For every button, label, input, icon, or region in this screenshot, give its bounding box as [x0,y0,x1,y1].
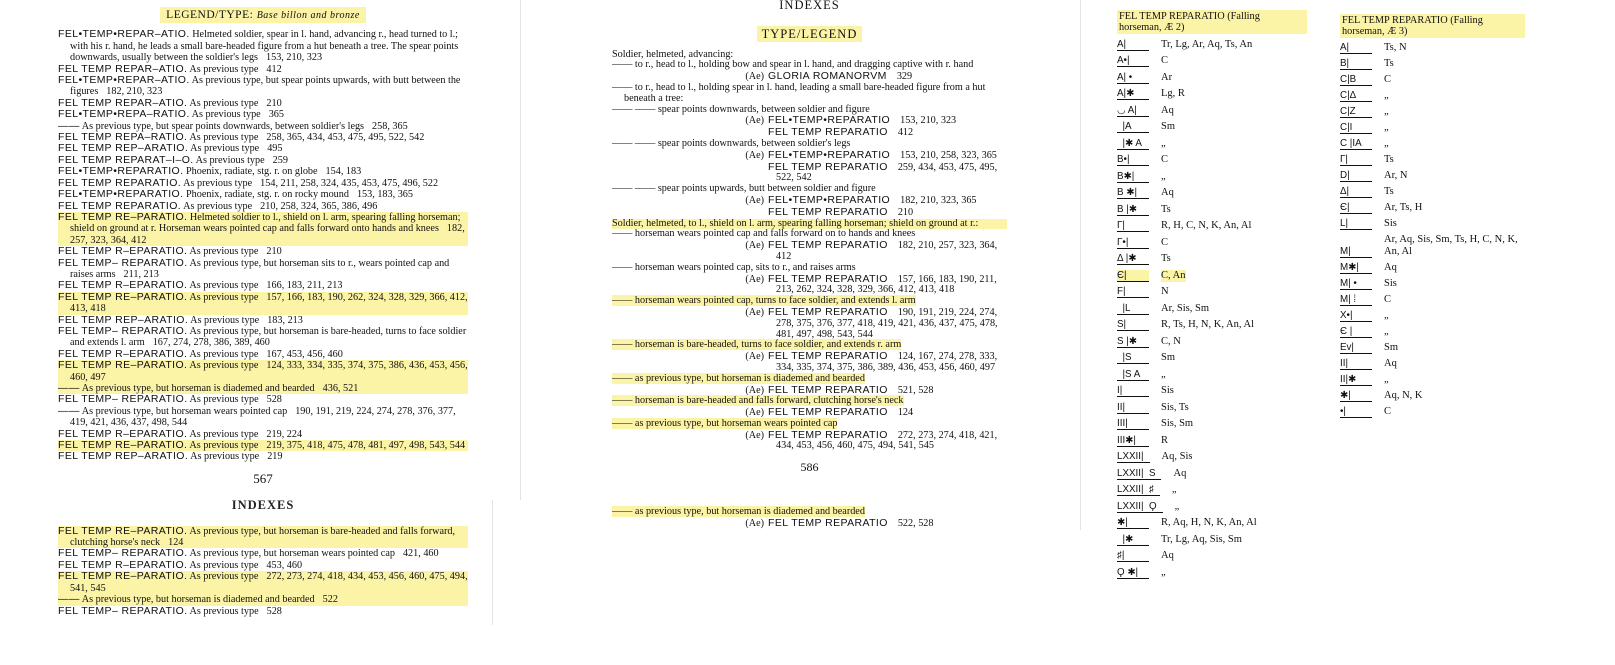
mint-mark-symbol: D| [1340,170,1372,182]
mint-list: Ts [1161,204,1171,216]
legend-text: FEL TEMP REPARAT–I–O. [58,154,194,166]
mint-list: Aq, Sis [1162,451,1193,463]
mint-list: „ [1384,90,1389,102]
reference-numbers: 453, 460 [266,560,302,571]
mint-mark-row: B•|C [1117,154,1307,166]
reference-numbers: 153, 210, 258, 323, 365 [900,150,997,161]
reference-numbers: 421, 460 [403,548,439,559]
index-entry: FEL TEMP RE–PARATIO. Helmeted soldier to… [58,212,468,246]
index-entry: FEL TEMP RE–PARATIO. As previous type124… [58,360,468,383]
mint-mark-symbol: ✱| [1117,517,1149,529]
reference-numbers: 167, 453, 456, 460 [266,349,342,360]
legend-text: FEL•TEMP•REPARATIO. [58,188,183,200]
metal-label: (Ae) [738,196,764,207]
legend-text: FEL•TEMP•REPARATIO [768,194,890,206]
legend-text: FEL TEMP REPAR–ATIO. [58,97,187,109]
legend-text: FEL TEMP– REPARATIO. [58,393,188,405]
reference-numbers: 365 [269,109,284,120]
index-entry: —— As previous type, but horseman wears … [58,406,468,429]
mint-mark-row: Γ•|C [1117,237,1307,249]
type-description: As previous type, but spear points downw… [82,121,364,132]
mint-mark-row: A|Ts, N [1340,42,1525,54]
legend-text: FEL TEMP REPARATIO [768,239,888,251]
mint-list: Aq [1161,105,1174,117]
mint-mark-symbol: A•| [1117,55,1149,67]
legend-text: FEL•TEMP•REPA–RATIO. [58,108,190,120]
highlighted-text: —— horseman wears pointed cap, turns to … [612,295,916,306]
mint-mark-row: M| •Sis [1340,278,1525,290]
legend-text: FEL TEMP REPA–RATIO. [58,131,187,143]
reference-numbers: 219 [267,451,282,462]
mint-mark-row: Є |„ [1340,326,1525,338]
index-entry: FEL TEMP RE–PARATIO. As previous type272… [58,571,468,594]
legend-text: FEL TEMP REPARATIO [768,126,888,138]
index-entry: FEL TEMP– REPARATIO. As previous type528 [58,394,468,405]
mint-list: „ [1161,369,1166,381]
reference-numbers: 211, 213 [124,269,159,280]
legend-text: FEL TEMP REP–ARATIO. [58,314,188,326]
mint-list: „ [1161,171,1166,183]
reference-numbers: 272, 273, 274, 418, 421, [898,430,997,441]
mint-mark-row: C|BC [1340,74,1525,86]
mint-mark-row: LXXII| ♯„ [1117,484,1307,496]
mint-mark-symbol: LXXII| ♯ [1117,484,1160,496]
legend-text: FEL TEMP REPARATIO [768,273,888,285]
mint-list: Aq, N, K [1384,390,1423,402]
mint-mark-row: B |✱Ts [1117,204,1307,216]
reference-numbers: 182, 210, 323 [106,86,162,97]
type-description: As previous type [190,606,259,617]
index-entry: FEL TEMP– REPARATIO. As previous type, b… [58,326,468,349]
index-entry: FEL TEMP RE–PARATIO. As previous type, b… [58,526,468,549]
legend-line: (Ae)FEL TEMP REPARATIO522, 528 [612,518,1007,530]
mint-mark-symbol: B| [1340,58,1372,70]
highlighted-text: —— horseman is bare-headed and falls for… [612,395,904,406]
type-description: As previous type [189,292,258,303]
entry-list: FEL•TEMP•REPAR–ATIO. Helmeted soldier, s… [58,29,468,462]
mint-mark-symbol: |✱ A [1117,138,1149,150]
mint-list: C [1384,294,1391,306]
type-description: As previous type [189,429,258,440]
type-description: As previous type [189,98,258,109]
mint-list: Sis [1384,278,1397,290]
mint-mark-row: Є|Ar, Ts, H [1340,202,1525,214]
mint-mark-row: M✱|Aq [1340,262,1525,274]
reference-numbers: 210 [266,246,281,257]
mint-mark-row: S |✱C, N [1117,336,1307,348]
mint-mark-row: M| ⁞C [1340,294,1525,306]
type-description: As previous type, but horseman wears poi… [190,548,395,559]
mint-mark-symbol: M| [1340,246,1372,258]
mint-mark-symbol: X•| [1340,310,1372,322]
legend-text: FEL TEMP REPARATIO [768,350,888,362]
type-description: —— to r., head to l., holding spear in l… [612,83,1007,105]
mint-list: Sm [1161,352,1175,364]
type-description: As previous type [189,64,258,75]
mint-mark-row: B|Ts [1340,58,1525,70]
metal-label: (Ae) [738,275,764,286]
index-entry: FEL•TEMP•REPA–RATIO. As previous type365 [58,109,468,120]
mint-mark-row: ♯|Aq [1117,550,1307,562]
mint-mark-row: Δ|Ts [1340,186,1525,198]
mint-mark-table-ae3: FEL TEMP REPARATIO (Falling horseman, Æ … [1340,14,1525,418]
reference-numbers: 522 [323,594,338,605]
legend-text: FEL•TEMP•REPARATIO [768,114,890,126]
entry-list-continued: FEL TEMP RE–PARATIO. As previous type, b… [58,526,468,617]
mint-mark-row: LXXII| SAq [1117,468,1307,480]
reference-numbers: 210, 258, 324, 365, 386, 496 [260,201,377,212]
mint-mark-symbol: LXXII| [1117,451,1150,463]
reference-numbers: 153, 210, 323 [900,115,956,126]
reference-numbers: 219, 375, 418, 475, 478, 481, 497, 498, … [266,440,465,451]
mint-list: „ [1384,374,1389,386]
type-description: As previous type [190,451,259,462]
mint-mark-row: ✱|Aq, N, K [1340,390,1525,402]
metal-label: (Ae) [738,519,764,530]
mint-mark-row: |✱Tr, Lg, Aq, Sis, Sm [1117,534,1307,546]
mint-mark-row: II|Sis, Ts [1117,402,1307,414]
reference-numbers: 124, 167, 274, 278, 333, [898,351,997,362]
legend-text: —— [58,382,80,394]
reference-numbers: 124 [898,407,913,418]
mint-list: Ts [1384,154,1394,166]
mint-mark-symbol: Γ•| [1117,237,1149,249]
type-description: As previous type [183,178,252,189]
legend-text: FEL•TEMP•REPARATIO [768,149,890,161]
type-description: Phoenix, radiate, stg. r. on rocky mound [186,189,349,200]
mint-mark-row: |S A„ [1117,369,1307,381]
reference-numbers: 210 [898,207,913,218]
mint-list: Lg, R [1161,88,1185,100]
reference-numbers: 412 [266,64,281,75]
mint-mark-symbol: Δ |✱ [1117,253,1149,265]
mint-list: Ts [1384,58,1394,70]
mint-mark-row: Ϙ ✱|„ [1117,567,1307,579]
type-description: As previous type, but horseman is diadem… [82,383,315,394]
type-description: As previous type [189,132,258,143]
mint-mark-symbol: A| [1340,42,1372,54]
mint-mark-symbol: ◡ A| [1117,105,1149,117]
page-number: 567 [58,473,468,484]
reference-numbers: 329 [897,71,912,82]
mint-mark-symbol: A| [1117,39,1149,51]
mint-list: Sis, Ts [1161,402,1189,414]
mint-mark-row: A•|C [1117,55,1307,67]
type-description: As previous type [189,440,258,451]
legend-type-index-page: LEGEND/TYPE: Base billon and bronze FEL•… [58,10,468,617]
mint-mark-row: A| •Ar [1117,72,1307,84]
page-divider [492,500,493,625]
mint-mark-symbol: F| [1117,286,1149,298]
reference-numbers: 495 [267,143,282,154]
mint-list: Sm [1384,342,1398,354]
legend-text: FEL TEMP RE–PARATIO. [58,525,187,537]
mint-mark-row: |SSm [1117,352,1307,364]
mint-mark-symbol: ♯| [1117,550,1149,562]
mint-mark-row: Γ|Ts [1340,154,1525,166]
legend-text: FEL TEMP REPARATIO. [58,177,181,189]
mint-mark-row: C|Z„ [1340,106,1525,118]
legend-text: FEL TEMP REPARATIO [768,206,888,218]
legend-text: —— [58,593,80,605]
legend-text: FEL TEMP REPARATIO [768,429,888,441]
legend-text: FEL TEMP REPARATIO [768,161,888,173]
mint-list: R, H, C, N, K, An, Al [1161,220,1251,232]
mint-list: Ts [1384,186,1394,198]
mint-list: Ar [1161,72,1172,84]
mint-list: Ar, N [1384,170,1408,182]
mint-mark-symbol: Є | [1340,326,1372,338]
mint-mark-symbol: B |✱ [1117,204,1149,216]
mint-mark-row: B✱|„ [1117,171,1307,183]
mint-mark-symbol: Є| [1340,202,1372,214]
mint-mark-symbol: |L [1117,303,1149,315]
type-description: As previous type [189,246,258,257]
legend-text: FEL TEMP RE–PARATIO. [58,211,187,223]
reference-numbers: 259 [273,155,288,166]
legend-text: FEL TEMP R–EPARATIO. [58,348,187,360]
index-entry: FEL•TEMP•REPAR–ATIO. As previous type, b… [58,75,468,98]
legend-text: FEL TEMP REPARATIO [768,517,888,529]
mint-mark-row: Є|C, An [1117,270,1307,282]
mint-mark-row: LXXII| Ϙ„ [1117,501,1307,513]
legend-text: —— [58,120,80,132]
legend-text: FEL•TEMP•REPAR–ATIO. [58,74,190,86]
table-heading: FEL TEMP REPARATIO (Falling horseman, Æ … [1117,10,1307,34]
reference-numbers: 258, 365, 434, 453, 475, 495, 522, 542 [266,132,424,143]
metal-label: (Ae) [738,116,764,127]
mint-mark-row: ✱|R, Aq, H, N, K, An, Al [1117,517,1307,529]
mint-mark-row: L|Sis [1340,218,1525,230]
mint-mark-symbol: M| ⁞ [1340,294,1372,306]
mint-mark-row: III|Sis, Sm [1117,418,1307,430]
page-divider [1080,0,1081,530]
mint-list: R, Aq, H, N, K, An, Al [1161,517,1257,529]
reference-numbers: 436, 521 [323,383,359,394]
legend-text: FEL TEMP REPARATIO [768,406,888,418]
mint-list: „ [1384,122,1389,134]
mint-list: C [1161,237,1168,249]
metal-label: (Ae) [738,431,764,442]
reference-numbers-continued: 434, 453, 456, 460, 475, 494, 541, 545 [612,441,1007,452]
mint-list: Sis, Sm [1161,418,1193,430]
mint-mark-symbol: Є| [1117,270,1149,282]
reference-numbers: 182, 210, 257, 323, 364, [898,240,997,251]
mint-list: C [1161,55,1168,67]
mint-mark-row: D|Ar, N [1340,170,1525,182]
reference-numbers: 167, 274, 278, 386, 389, 460 [153,337,270,348]
legend-text: —— [58,405,80,417]
legend-text: FEL TEMP RE–PARATIO. [58,359,187,371]
legend-text: FEL TEMP REPARATIO [768,384,888,396]
mint-mark-row: |✱ A„ [1117,138,1307,150]
legend-text: FEL TEMP REPAR–ATIO. [58,63,187,75]
mint-mark-symbol: B ✱| [1117,187,1149,199]
type-description: As previous type [189,280,258,291]
mint-mark-symbol: B•| [1117,154,1149,166]
mint-mark-symbol: LXXII| Ϙ [1117,501,1163,513]
type-description: As previous type [190,315,259,326]
legend-text: FEL TEMP RE–PARATIO. [58,291,187,303]
mint-mark-row: C|Δ„ [1340,90,1525,102]
mint-list: Aq [1384,262,1397,274]
reference-numbers: 183, 213 [267,315,303,326]
highlighted-text: —— horseman is bare-headed, turns to fac… [612,339,901,350]
mint-list: Aq [1161,187,1174,199]
mint-mark-symbol: C|Z [1340,106,1372,118]
mint-mark-row: F|N [1117,286,1307,298]
type-description: As previous type [196,155,265,166]
reference-numbers: 259, 434, 453, 475, 495, [898,162,997,173]
type-description: As previous type [183,201,252,212]
mint-list: C [1161,154,1168,166]
mint-mark-row: X•|„ [1340,310,1525,322]
legend-text: FEL TEMP– REPARATIO. [58,325,188,337]
mint-mark-table-ae2: FEL TEMP REPARATIO (Falling horseman, Æ … [1117,10,1307,579]
type-description: As previous type [189,360,258,371]
page-number: 586 [612,462,1007,473]
mint-list: Ar, Aq, Sis, Sm, Ts, H, C, N, K, An, Al [1384,234,1525,258]
legend-text: FEL TEMP R–EPARATIO. [58,559,187,571]
highlighted-text: —— as previous type, but horseman wears … [612,418,837,429]
mint-list: R [1161,435,1168,447]
mint-mark-row: II|Aq [1340,358,1525,370]
type-description: As previous type, but horseman is diadem… [82,594,315,605]
mint-mark-symbol: II|✱ [1340,374,1372,386]
mint-list: Aq [1384,358,1397,370]
mint-mark-symbol: III| [1117,418,1149,430]
mint-mark-row: C|I„ [1340,122,1525,134]
legend-text: FEL TEMP REPARATIO [768,306,888,318]
mint-list: Ts [1161,253,1171,265]
reference-numbers-continued: 278, 375, 376, 377, 418, 419, 421, 436, … [612,319,1007,330]
mint-list: Tr, Lg, Ar, Aq, Ts, An [1161,39,1252,51]
mint-mark-symbol: •| [1340,406,1372,418]
mint-list: Ts, N [1384,42,1407,54]
reference-numbers: 124 [168,537,183,548]
metal-label: (Ae) [738,151,764,162]
legend-text: FEL TEMP– REPARATIO. [58,257,188,269]
mint-mark-list: A|Tr, Lg, Ar, Aq, Ts, AnA•|CA| •ArA|✱Lg,… [1117,39,1307,579]
mint-mark-symbol: M✱| [1340,262,1372,274]
legend-text: GLORIA ROMANORVM [768,70,887,82]
mint-list: Sis [1384,218,1397,230]
mint-list: „ [1161,567,1166,579]
legend-text: FEL TEMP R–EPARATIO. [58,428,187,440]
page-title: INDEXES [612,0,1007,11]
mint-list: „ [1384,106,1389,118]
mint-list: Sis [1161,385,1174,397]
page-title: INDEXES [58,500,468,511]
mint-mark-symbol: Γ| [1117,220,1149,232]
type-description: As previous type [190,143,259,154]
mint-list: Sm [1161,121,1175,133]
reference-numbers: 166, 183, 211, 213 [266,280,342,291]
section-heading: LEGEND/TYPE: Base billon and bronze [58,10,468,21]
mint-mark-symbol: C |IA [1340,138,1372,150]
mint-mark-symbol: Ev| [1340,342,1372,354]
mint-list: Aq [1161,550,1174,562]
mint-list: R, Ts, H, N, K, An, Al [1161,319,1254,331]
reference-numbers: 528 [267,394,282,405]
mint-list: „ [1172,484,1177,496]
mint-list: „ [1384,138,1389,150]
legend-text: FEL TEMP REPARATIO. [58,200,181,212]
mint-mark-row: A|Tr, Lg, Ar, Aq, Ts, An [1117,39,1307,51]
reference-numbers: 522, 528 [898,518,934,529]
index-entry: FEL TEMP– REPARATIO. As previous type, b… [58,258,468,281]
mint-mark-symbol: S| [1117,319,1149,331]
mint-mark-row: B ✱|Aq [1117,187,1307,199]
mint-mark-symbol: |S A [1117,369,1149,381]
mint-mark-row: A|✱Lg, R [1117,88,1307,100]
mint-mark-row: M|Ar, Aq, Sis, Sm, Ts, H, C, N, K, An, A… [1340,234,1525,258]
mint-mark-symbol: Ϙ ✱| [1117,567,1149,579]
mint-mark-row: II|✱„ [1340,374,1525,386]
mint-mark-symbol: |✱ [1117,534,1149,546]
reference-numbers: 153, 210, 323 [266,52,322,63]
reference-numbers: 182, 210, 323, 365 [900,195,976,206]
mint-mark-symbol: II| [1117,402,1149,414]
legend-text: FEL•TEMP•REPAR–ATIO. [58,28,190,40]
metal-label: (Ae) [738,352,764,363]
mint-mark-row: |LAr, Sis, Sm [1117,303,1307,315]
reference-numbers: 157, 166, 183, 190, 211, [898,274,997,285]
mint-mark-symbol: III✱| [1117,435,1149,447]
mint-mark-list: A|Ts, NB|TsC|BCC|Δ„C|Z„C|I„C |IA„Γ|TsD|A… [1340,42,1525,418]
mint-mark-symbol: S |✱ [1117,336,1149,348]
legend-text: FEL TEMP RE–PARATIO. [58,570,187,582]
mint-mark-row: C |IA„ [1340,138,1525,150]
mint-mark-symbol: A| • [1117,72,1149,84]
mint-list: C, An [1161,270,1186,282]
mint-list: C, N [1161,336,1181,348]
section-heading-text: TYPE/LEGEND [757,26,863,42]
mint-mark-symbol: M| • [1340,278,1372,290]
mint-mark-row: LXXII|Aq, Sis [1117,451,1307,463]
legend-text: FEL TEMP R–EPARATIO. [58,279,187,291]
type-description: As previous type [192,109,261,120]
mint-list: Ar, Sis, Sm [1161,303,1209,315]
mint-mark-symbol: C|B [1340,74,1372,86]
highlighted-text: —— as previous type, but horseman is dia… [612,506,865,517]
legend-text: FEL TEMP RE–PARATIO. [58,439,187,451]
type-description: As previous type [189,560,258,571]
reference-numbers: 528 [267,606,282,617]
type-legend-index-page: INDEXES TYPE/LEGEND Soldier, helmeted, a… [612,0,1007,530]
mint-mark-row: I|Sis [1117,385,1307,397]
mint-mark-symbol: ✱| [1340,390,1372,402]
legend-text: FEL TEMP REP–ARATIO. [58,450,188,462]
mint-list: Aq [1173,468,1186,480]
mint-mark-symbol: |A [1117,121,1149,133]
type-description: As previous type [190,394,259,405]
reference-numbers: 258, 365 [372,121,408,132]
index-entry: FEL TEMP RE–PARATIO. As previous type157… [58,292,468,315]
reference-numbers: 210 [266,98,281,109]
type-description: As previous type [189,349,258,360]
mint-list: C [1384,406,1391,418]
reference-numbers: 190, 191, 219, 224, 274, [898,307,997,318]
index-entry: FEL•TEMP•REPAR–ATIO. Helmeted soldier, s… [58,29,468,63]
reference-numbers: 154, 183 [326,166,362,177]
legend-line: (Ae)FEL TEMP REPARATIO190, 191, 219, 224… [612,307,1007,319]
mint-mark-row: III✱|R [1117,435,1307,447]
mint-mark-symbol: Γ| [1340,154,1372,166]
type-description: Phoenix, radiate, stg. r. on globe [186,166,318,177]
index-entry: FEL TEMP REP–ARATIO. As previous type219 [58,451,468,462]
section-heading: TYPE/LEGEND [612,29,1007,40]
